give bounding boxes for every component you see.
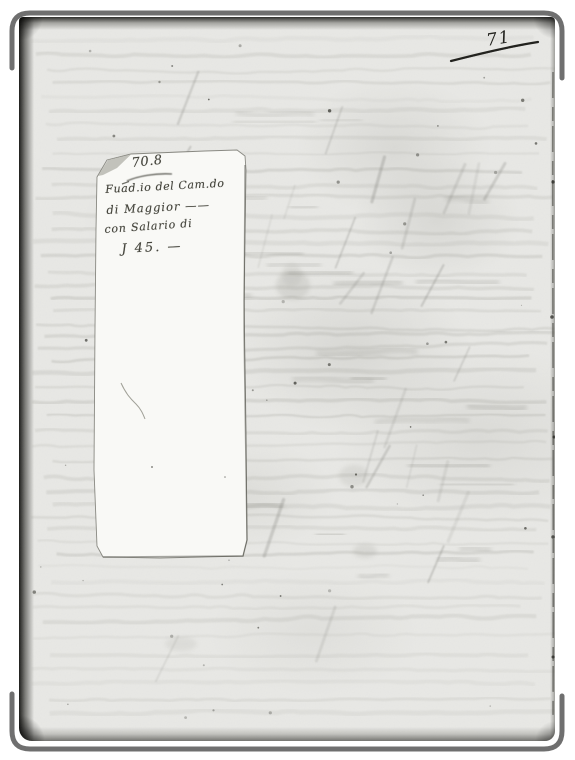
- slip-text: 70.8 Fuad.io del Cam.do di Maggior —— co…: [0, 0, 575, 760]
- slip-line: di Maggior ——: [106, 198, 210, 217]
- slip-line-heading: 70.8: [131, 153, 163, 171]
- slip-line: con Salario di: [104, 217, 193, 236]
- scan-viewport: 71 70.8 Fuad.io del Cam.do di Maggior ——…: [0, 0, 575, 760]
- slip-line: Fuad.io del Cam.do: [105, 177, 225, 196]
- slip-line-amount: J 45. —: [121, 239, 183, 257]
